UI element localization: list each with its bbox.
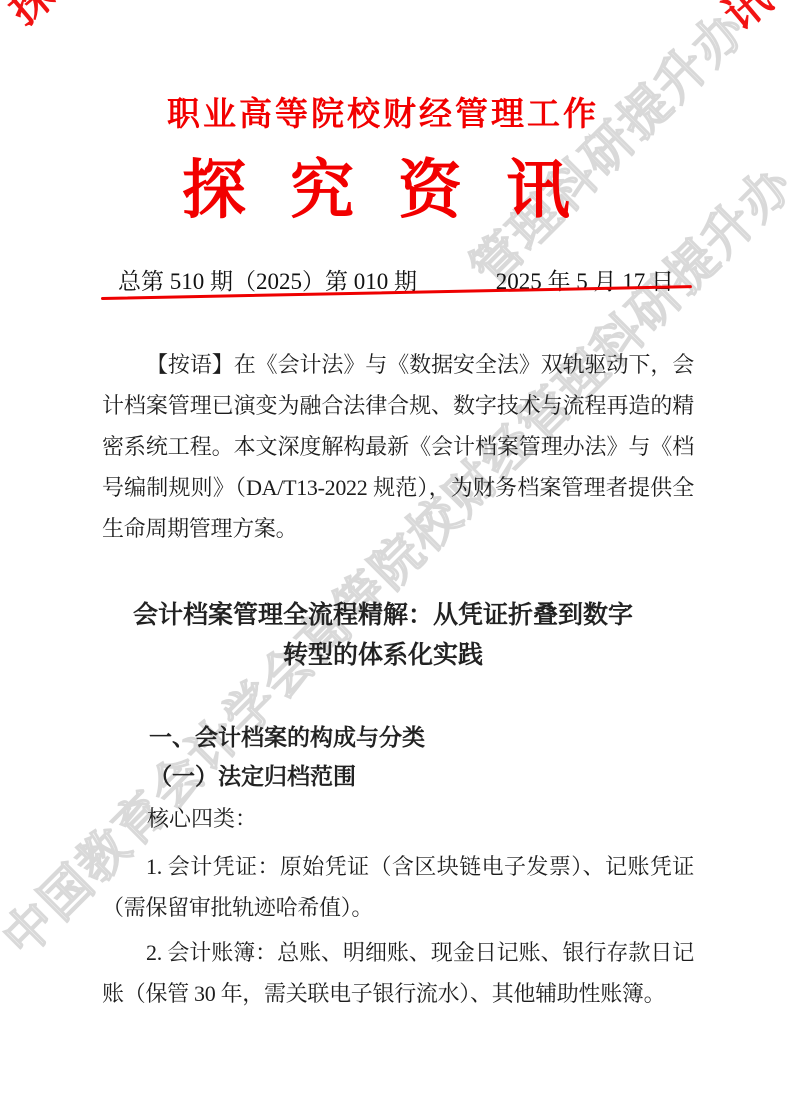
section-heading: 一、会计档案的构成与分类 xyxy=(103,722,794,752)
lead-line: 核心四类： xyxy=(103,804,794,834)
subsection-heading: （一）法定归档范围 xyxy=(103,761,794,791)
masthead: 职业高等院校财经管理工作 探 究 资 讯 xyxy=(0,0,766,224)
editor-note-paragraph: 【按语】在《会计法》与《数据安全法》双轨驱动下，会计档案管理已演变为融合法律合规… xyxy=(102,344,694,549)
list-item-1: 1. 会计凭证：原始凭证（含区块链电子发票）、记账凭证（需保留审批轨迹哈希值）。 xyxy=(102,846,694,928)
article-title-line-1: 会计档案管理全流程精解：从凭证折叠到数字 xyxy=(0,595,766,635)
masthead-supertitle: 职业高等院校财经管理工作 xyxy=(0,0,766,130)
document-page: 中国教育会计学会高等院校财经管理科研提升办 管理科研提升办 探 讯 职业高等院校… xyxy=(0,0,794,1108)
issue-date: 2025 年 5 月 17 日 xyxy=(496,268,674,296)
article-title: 会计档案管理全流程精解：从凭证折叠到数字 转型的体系化实践 xyxy=(0,595,766,675)
article-title-line-2: 转型的体系化实践 xyxy=(0,635,766,675)
list-item-2: 2. 会计账簿：总账、明细账、现金日记账、银行存款日记账（保管 30 年，需关联… xyxy=(102,932,694,1014)
page-content: 职业高等院校财经管理工作 探 究 资 讯 总第 510 期（2025）第 010… xyxy=(0,0,794,1014)
masthead-main-title: 探 究 资 讯 xyxy=(0,157,766,224)
